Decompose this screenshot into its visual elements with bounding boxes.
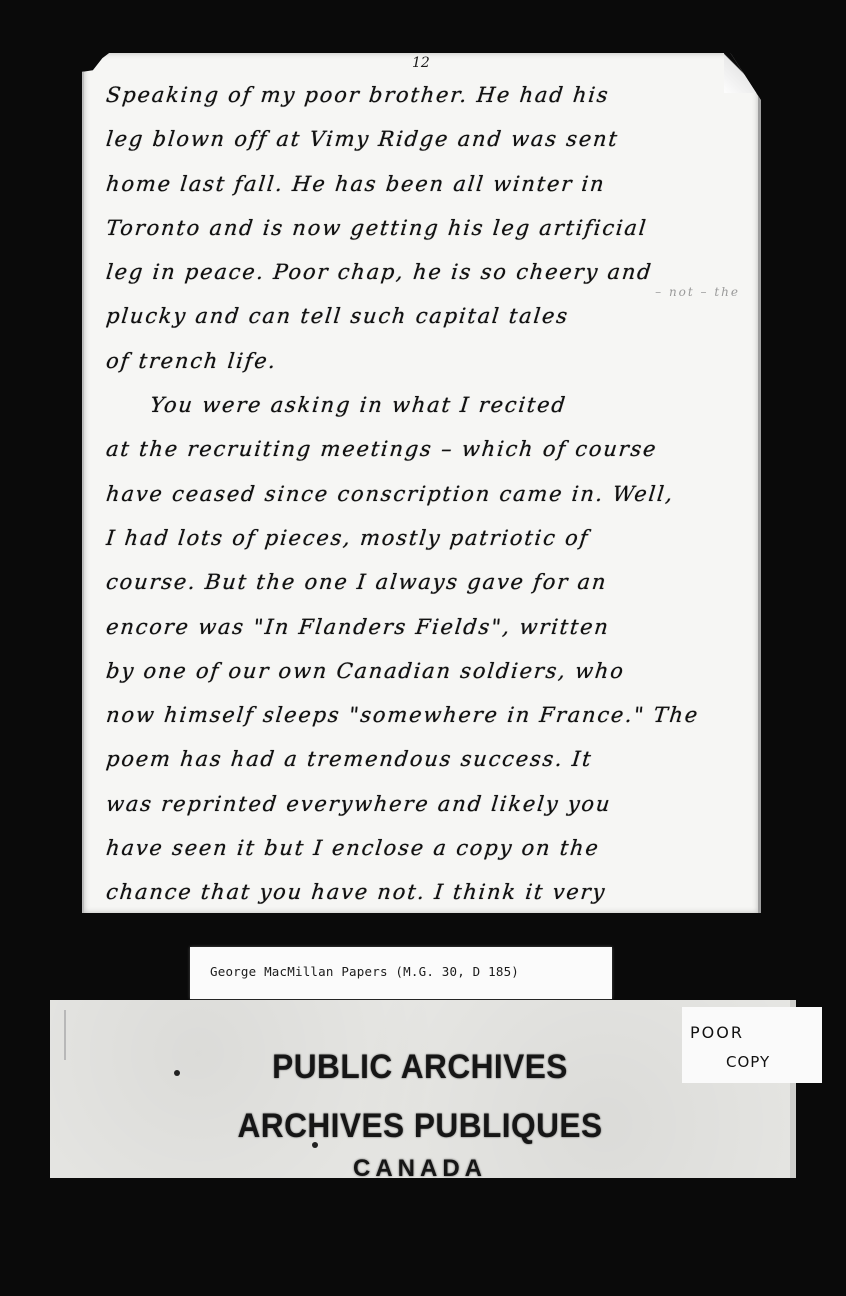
stamp-speck [312, 1142, 318, 1148]
stamp-line-public-archives: PUBLIC ARCHIVES [76, 1048, 764, 1087]
handwritten-line: by one of our own Canadian soldiers, who [104, 651, 747, 695]
poor-copy-line-2: COPY [726, 1053, 770, 1071]
handwritten-line: plucky and can tell such capital tales [104, 296, 747, 340]
handwritten-line: now himself sleeps "somewhere in France.… [104, 695, 747, 739]
handwritten-line: at the recruiting meetings – which of co… [104, 429, 747, 473]
handwritten-line: I had lots of pieces, mostly patriotic o… [104, 518, 747, 562]
poor-copy-note: POOR COPY [682, 1007, 822, 1083]
handwritten-line: have ceased since conscription came in. … [104, 474, 747, 518]
handwritten-line: was reprinted everywhere and likely you [104, 784, 747, 828]
stamp-line-archives-publiques: ARCHIVES PUBLIQUES [76, 1107, 764, 1146]
handwritten-line: course. But the one I always gave for an [104, 562, 747, 606]
handwritten-line: have seen it but I enclose a copy on the [104, 828, 747, 872]
handwritten-line: encore was "In Flanders Fields", written [104, 607, 747, 651]
handwritten-line: You were asking in what I recited [104, 385, 747, 429]
microfilm-frame: 12 – not – the Speaking of my poor broth… [0, 0, 846, 1296]
handwritten-line: chance that you have not. I think it ver… [104, 872, 747, 916]
catalog-label: George MacMillan Papers (M.G. 30, D 185) [190, 947, 612, 999]
stamp-line-canada: CANADA [50, 1155, 790, 1183]
handwritten-line: Speaking of my poor brother. He had his [104, 75, 747, 119]
handwritten-line: leg blown off at Vimy Ridge and was sent [104, 119, 747, 163]
stamp-speck [174, 1070, 180, 1076]
handwritten-line: poem has had a tremendous success. It [104, 739, 747, 783]
page-number: 12 [412, 55, 430, 71]
handwritten-line: home last fall. He has been all winter i… [104, 164, 747, 208]
stamp-fold-mark [64, 1010, 66, 1060]
letter-page: 12 – not – the Speaking of my poor broth… [82, 53, 761, 913]
catalog-label-text: George MacMillan Papers (M.G. 30, D 185) [210, 964, 519, 979]
handwritten-line: of trench life. [104, 341, 747, 385]
handwritten-text: Speaking of my poor brother. He had his … [106, 75, 744, 1063]
poor-copy-line-1: POOR [690, 1023, 744, 1042]
handwritten-line: Toronto and is now getting his leg artif… [104, 208, 747, 252]
handwritten-line: leg in peace. Poor chap, he is so cheery… [104, 252, 747, 296]
